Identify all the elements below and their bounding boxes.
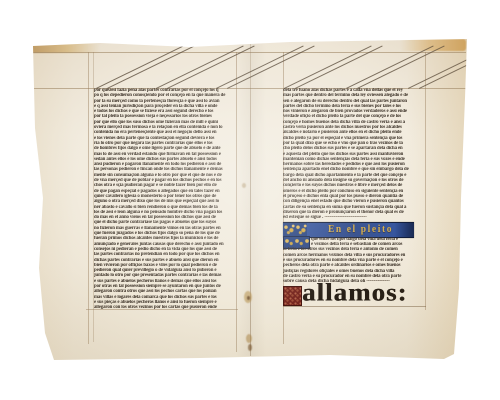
parchment-leaf: por queassi fazia pena alas partes contr…	[30, 38, 468, 362]
texture-overlay	[30, 38, 468, 362]
manuscript-photo: por queassi fazia pena alas partes contr…	[0, 0, 500, 400]
